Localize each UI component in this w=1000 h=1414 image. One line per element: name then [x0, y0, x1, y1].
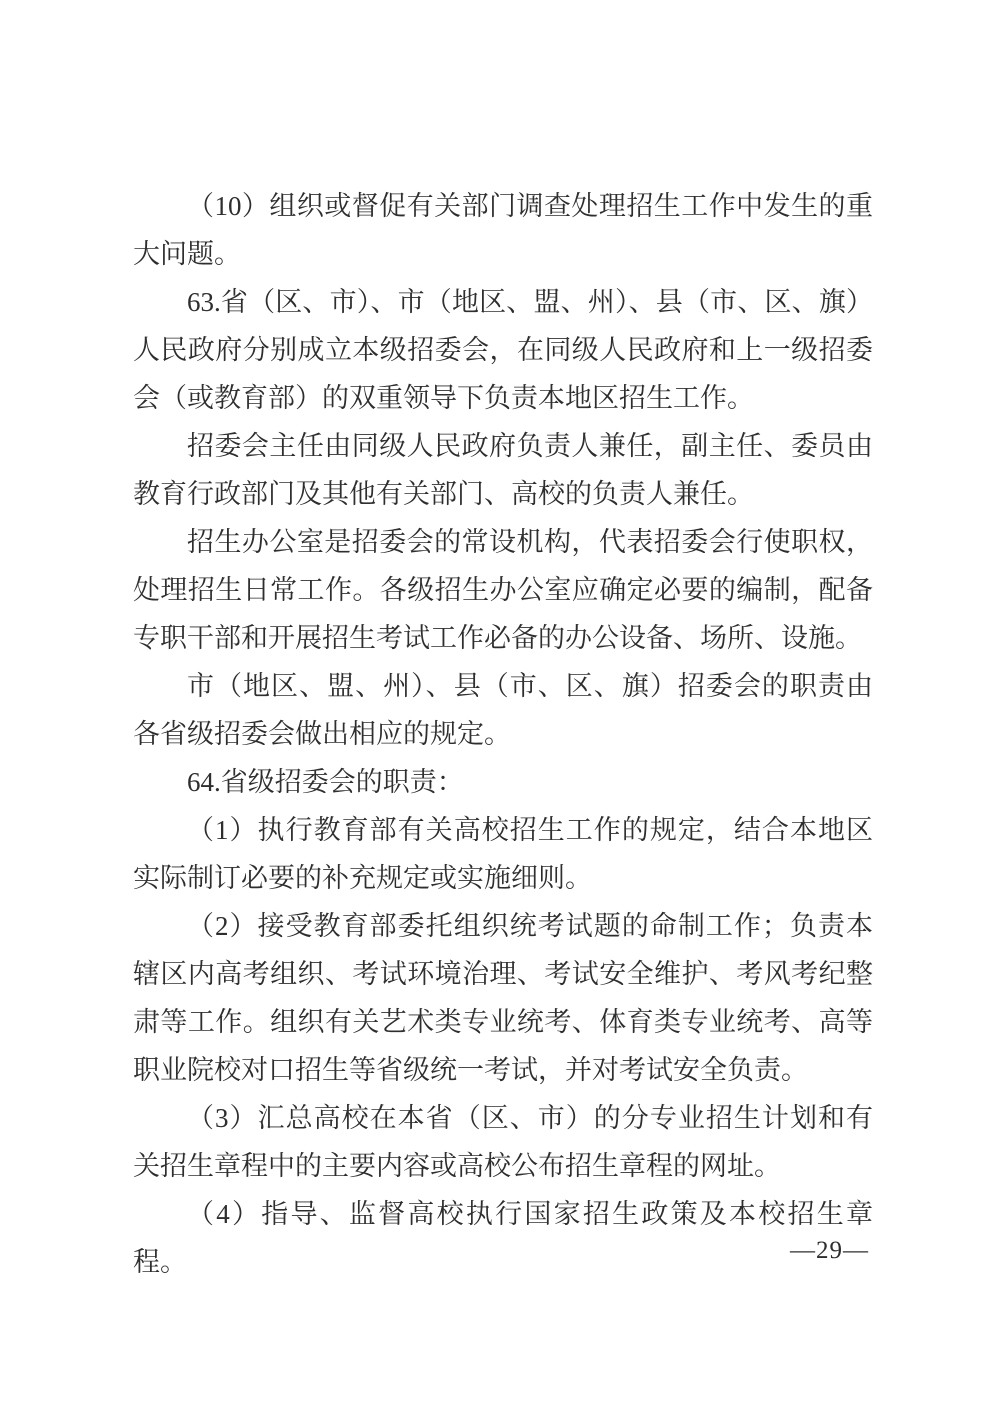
paragraph-duty-3: （3）汇总高校在本省（区、市）的分专业招生计划和有关招生章程中的主要内容或高校公… [133, 1094, 873, 1190]
page-number: —29— [790, 1237, 869, 1265]
paragraph-admissions-office: 招生办公室是招委会的常设机构，代表招委会行使职权，处理招生日常工作。各级招生办公… [133, 518, 873, 662]
paragraph-item-10: （10）组织或督促有关部门调查处理招生工作中发生的重大问题。 [133, 182, 873, 278]
paragraph-duty-2: （2）接受教育部委托组织统考试题的命制工作；负责本辖区内高考组织、考试环境治理、… [133, 902, 873, 1094]
paragraph-committee-chair: 招委会主任由同级人民政府负责人兼任，副主任、委员由教育行政部门及其他有关部门、高… [133, 422, 873, 518]
paragraph-duty-1: （1）执行教育部有关高校招生工作的规定，结合本地区实际制订必要的补充规定或实施细… [133, 806, 873, 902]
paragraph-duty-4: （4）指导、监督高校执行国家招生政策及本校招生章程。 [133, 1190, 873, 1286]
document-body: （10）组织或督促有关部门调查处理招生工作中发生的重大问题。 63.省（区、市）… [133, 182, 873, 1286]
paragraph-local-committee-duties: 市（地区、盟、州）、县（市、区、旗）招委会的职责由各省级招委会做出相应的规定。 [133, 662, 873, 758]
paragraph-article-63: 63.省（区、市）、市（地区、盟、州）、县（市、区、旗）人民政府分别成立本级招委… [133, 278, 873, 422]
document-page: （10）组织或督促有关部门调查处理招生工作中发生的重大问题。 63.省（区、市）… [0, 0, 1000, 1414]
paragraph-article-64: 64.省级招委会的职责： [133, 758, 873, 806]
